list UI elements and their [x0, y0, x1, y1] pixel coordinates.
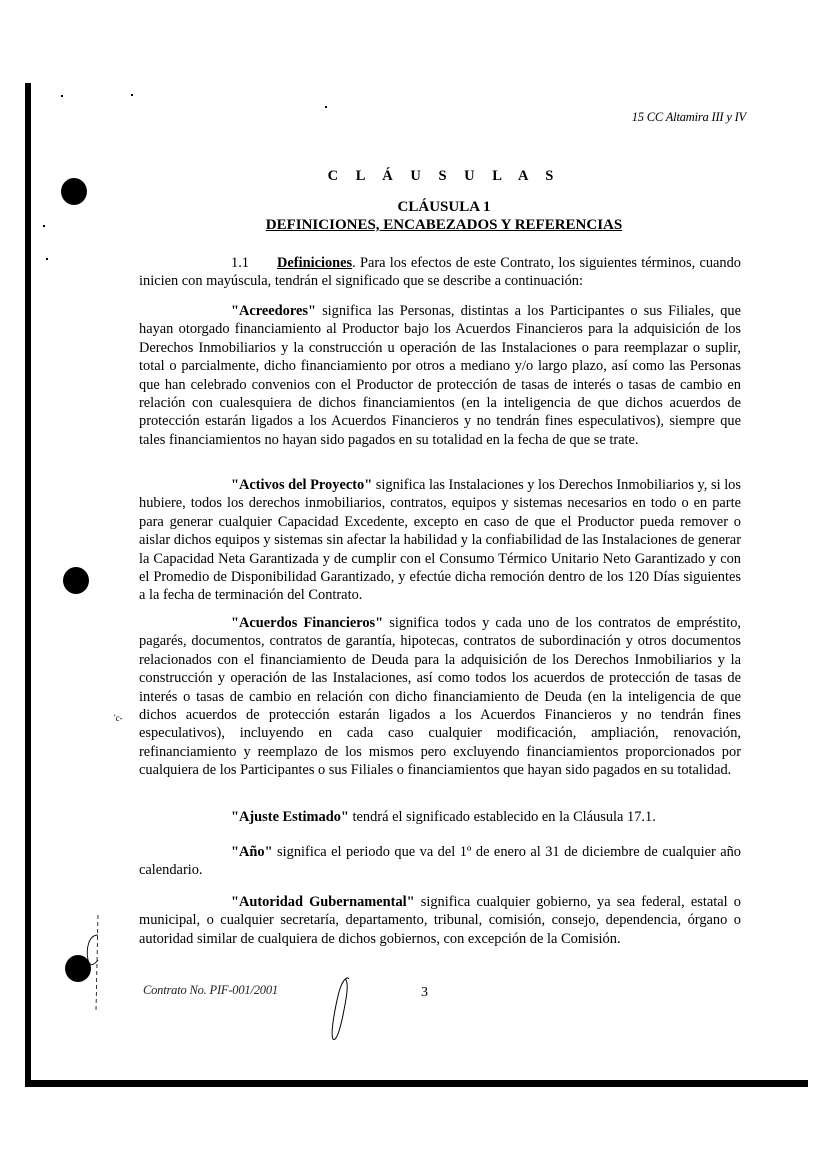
- definition-text: significa cualquier gobierno, ya sea fed…: [139, 894, 741, 947]
- defined-term: "Acuerdos Financieros": [231, 615, 383, 631]
- clause-title: DEFINICIONES, ENCABEZADOS Y REFERENCIAS: [0, 217, 828, 234]
- scan-speck: [131, 94, 133, 96]
- definition-autoridad-gubernamental: "Autoridad Gubernamental" significa cual…: [139, 893, 741, 948]
- margin-scribble: 'c-: [114, 713, 123, 723]
- initials-signature-icon: [330, 975, 354, 1043]
- scan-speck: [325, 106, 327, 108]
- definition-acreedores: "Acreedores" significa las Personas, dis…: [139, 302, 741, 449]
- scan-speck: [61, 95, 63, 97]
- page-number: 3: [421, 985, 428, 1001]
- defined-term: "Autoridad Gubernamental": [231, 894, 415, 910]
- definition-text: tendrá el significado establecido en la …: [349, 809, 656, 825]
- defined-term: "Año": [231, 844, 273, 860]
- section-number: 1.1: [231, 254, 277, 272]
- section-1-1-paragraph: 1.1Definiciones. Para los efectos de est…: [139, 254, 741, 291]
- punch-hole-middle: [63, 567, 89, 594]
- scan-bottom-border: [25, 1080, 808, 1087]
- definition-acuerdos-financieros: "Acuerdos Financieros" significa todos y…: [139, 614, 741, 780]
- definition-text: significa el periodo que va del 1º de en…: [139, 844, 741, 878]
- definition-ajuste-estimado: "Ajuste Estimado" tendrá el significado …: [139, 808, 741, 826]
- defined-term: "Acreedores": [231, 303, 316, 319]
- section-heading: Definiciones: [277, 255, 352, 271]
- scan-speck: [46, 258, 48, 260]
- defined-term: "Activos del Proyecto": [231, 477, 372, 493]
- document-header-reference: 15 CC Altamira III y IV: [632, 110, 746, 125]
- defined-term: "Ajuste Estimado": [231, 809, 349, 825]
- section-intro: . Para los efectos de este Contrato, los…: [139, 255, 741, 289]
- definition-text: significa las Personas, distintas a los …: [139, 303, 741, 448]
- clause-number: CLÁUSULA 1: [0, 199, 828, 216]
- margin-signature-icon: [80, 915, 110, 1015]
- definition-text: significa todos y cada uno de los contra…: [139, 615, 741, 778]
- definition-text: significa las Instalaciones y los Derech…: [139, 477, 741, 603]
- definition-ano: "Año" significa el periodo que va del 1º…: [139, 843, 741, 880]
- definition-activos-del-proyecto: "Activos del Proyecto" significa las Ins…: [139, 476, 741, 605]
- section-title: C L Á U S U L A S: [0, 168, 828, 185]
- footer-contract-number: Contrato No. PIF-001/2001: [143, 983, 278, 998]
